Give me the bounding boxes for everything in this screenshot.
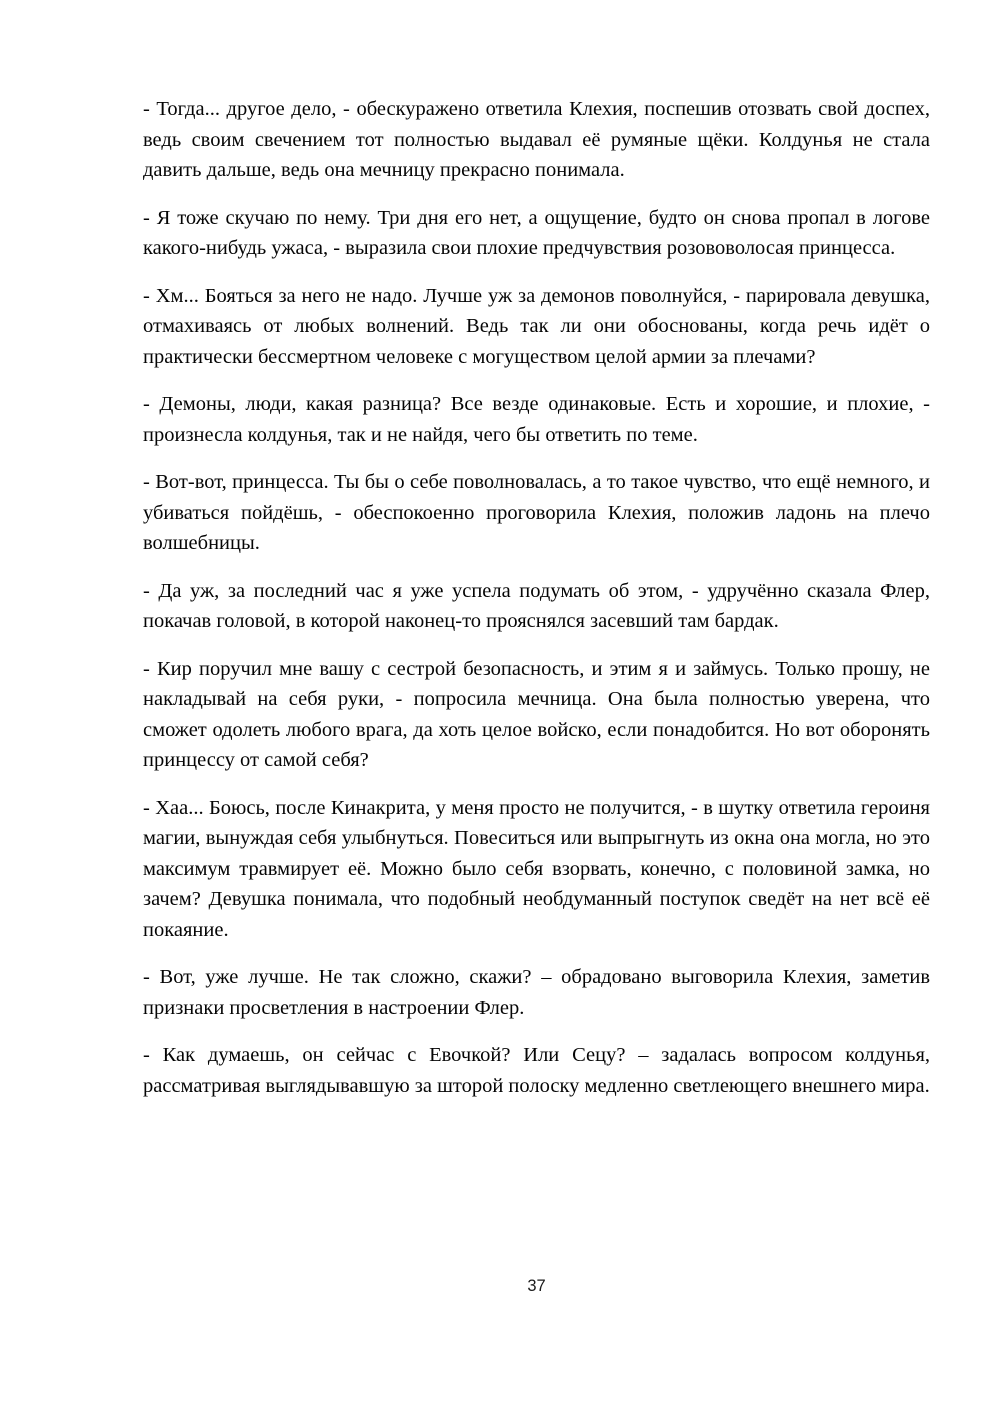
document-page: - Тогда... другое дело, - обескуражено о… bbox=[0, 0, 1000, 1414]
paragraph-9: - Вот, уже лучше. Не так сложно, скажи? … bbox=[143, 962, 930, 1023]
paragraph-2: - Я тоже скучаю по нему. Три дня его нет… bbox=[143, 203, 930, 264]
paragraph-5: - Вот-вот, принцесса. Ты бы о себе повол… bbox=[143, 467, 930, 559]
page-text-block: - Тогда... другое дело, - обескуражено о… bbox=[143, 94, 930, 1118]
page-number: 37 bbox=[143, 1277, 930, 1296]
paragraph-7: - Кир поручил мне вашу с сестрой безопас… bbox=[143, 654, 930, 776]
paragraph-10: - Как думаешь, он сейчас с Евочкой? Или … bbox=[143, 1040, 930, 1101]
paragraph-3: - Хм... Бояться за него не надо. Лучше у… bbox=[143, 281, 930, 373]
paragraph-6: - Да уж, за последний час я уже успела п… bbox=[143, 576, 930, 637]
paragraph-4: - Демоны, люди, какая разница? Все везде… bbox=[143, 389, 930, 450]
paragraph-8: - Хаа... Боюсь, после Кинакрита, у меня … bbox=[143, 793, 930, 946]
paragraph-1: - Тогда... другое дело, - обескуражено о… bbox=[143, 94, 930, 186]
